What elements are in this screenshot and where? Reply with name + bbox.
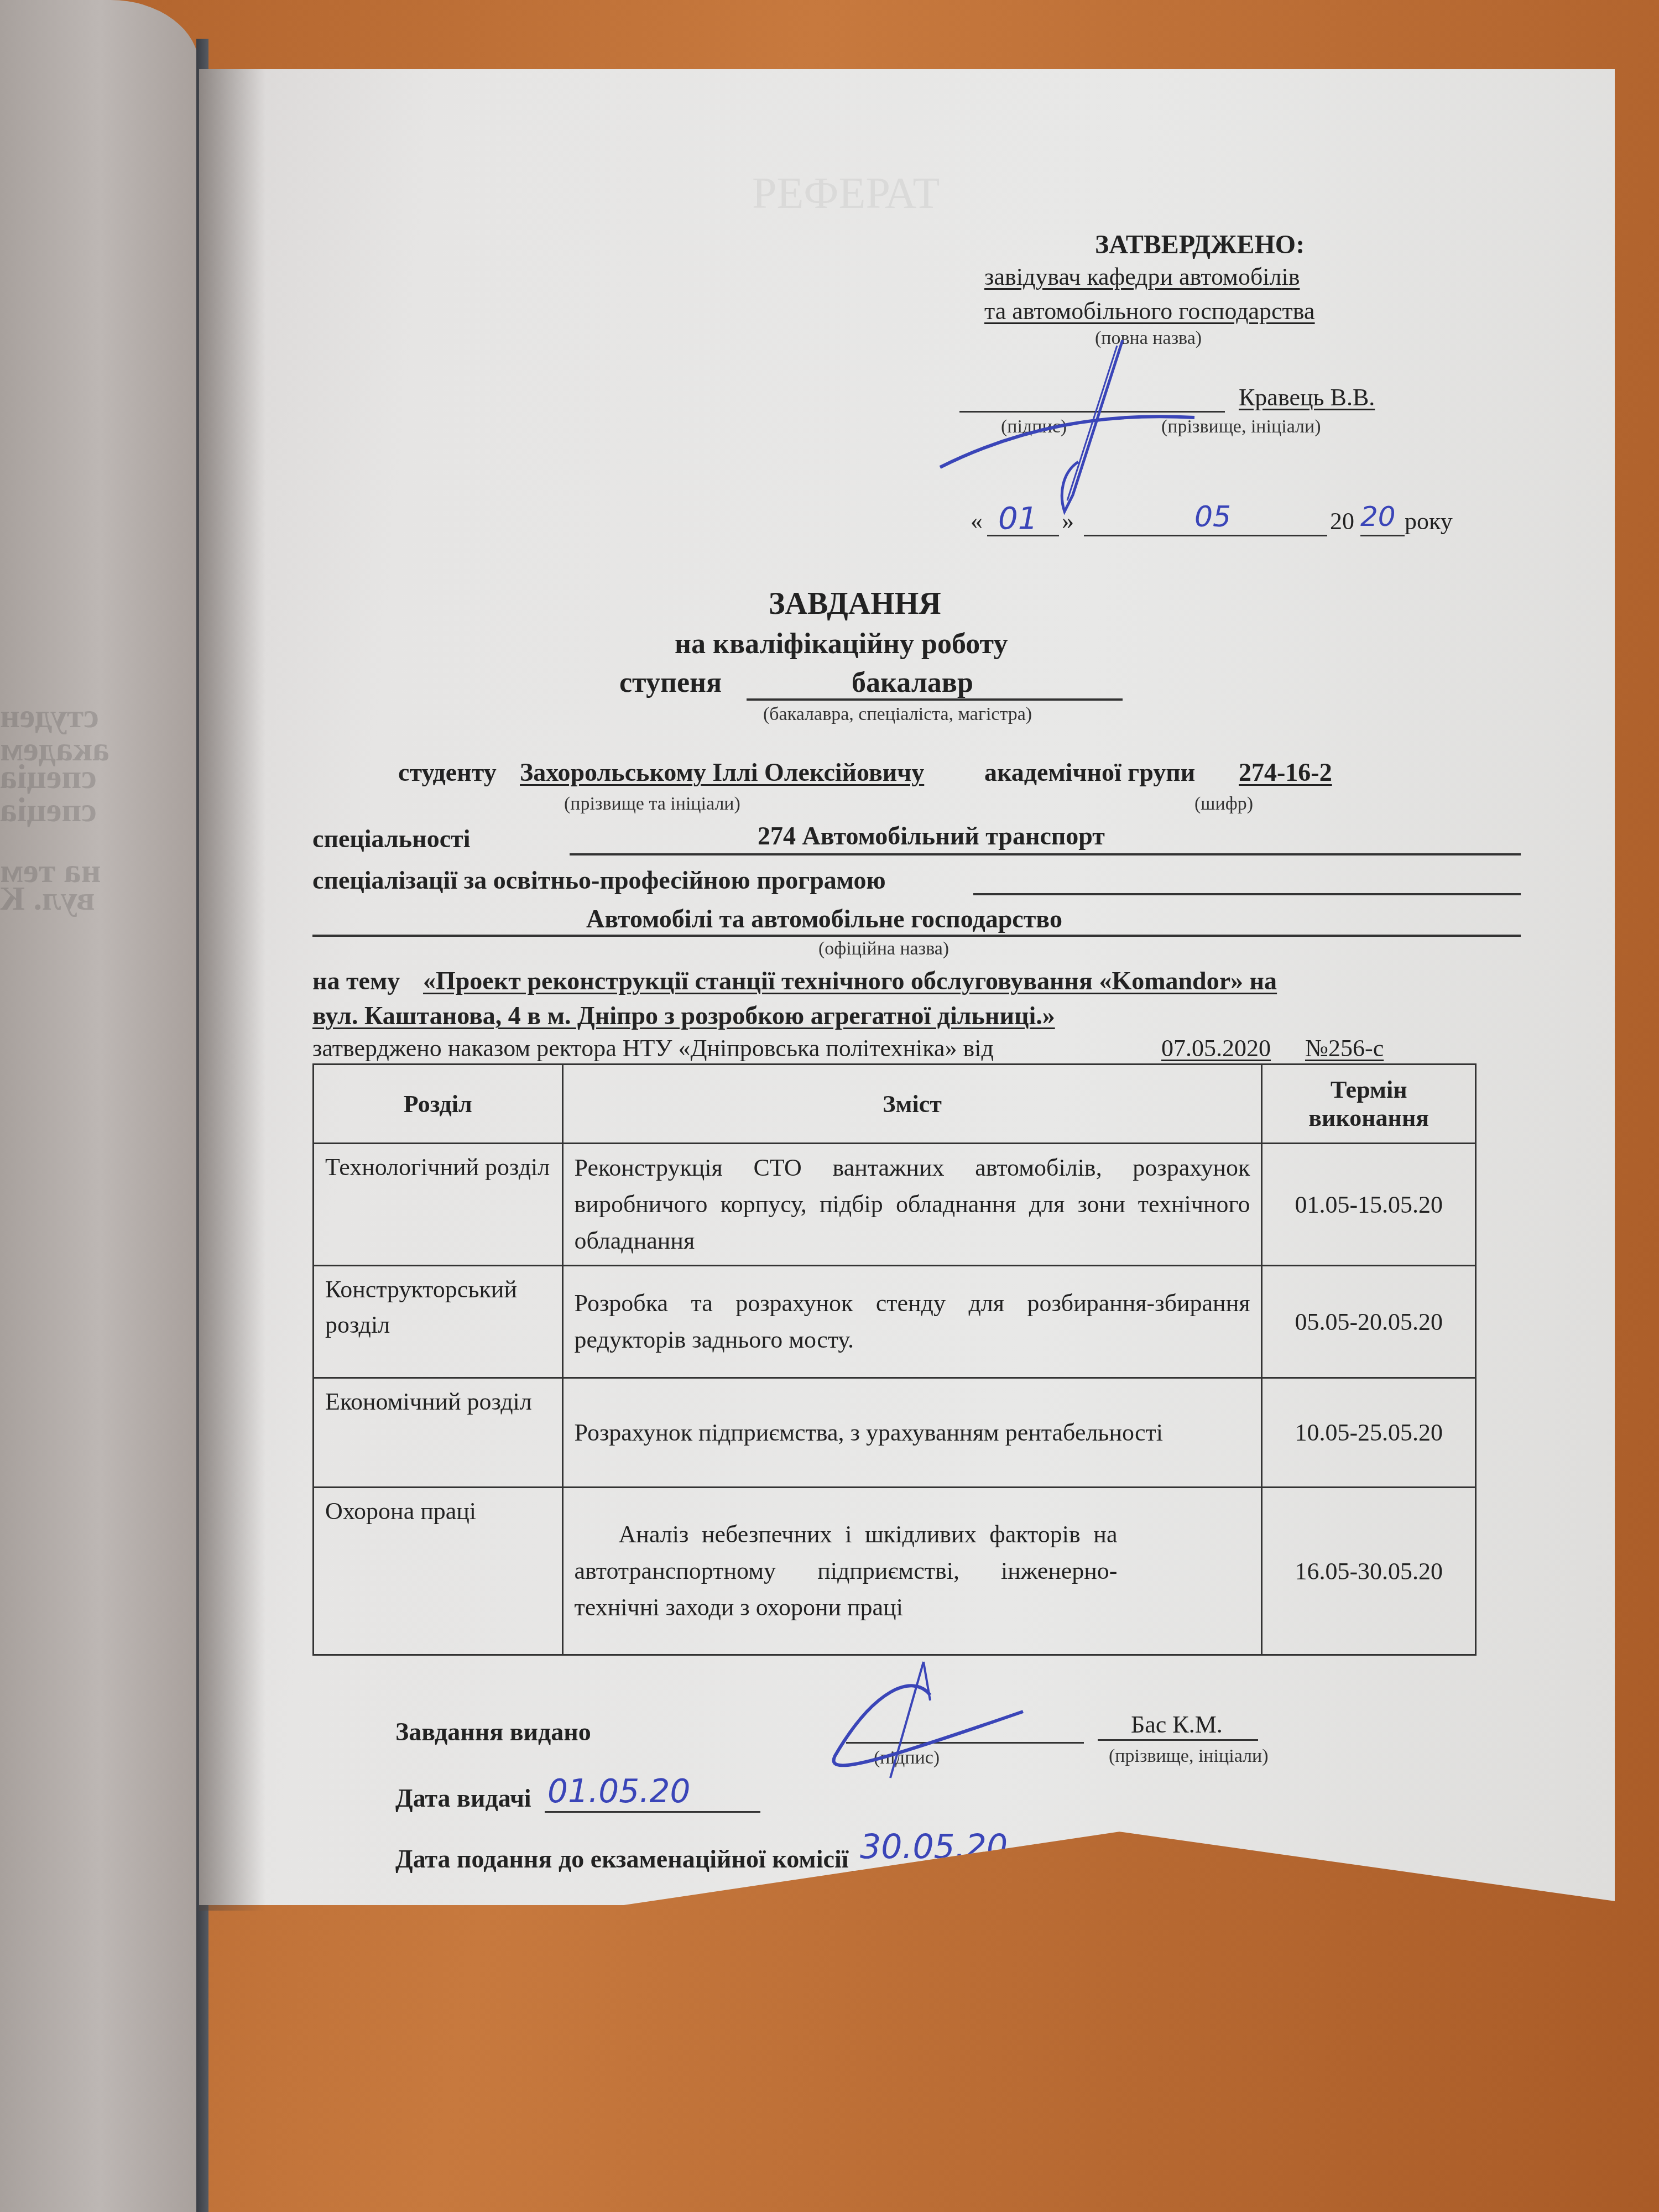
row-content: Аналіз небезпечних і шкідливих факторів … [562,1488,1262,1655]
issuer-name-caption: (прізвище, ініціали) [1109,1746,1269,1767]
approval-date-close-quote: » [1062,507,1074,535]
table-row: Охорона праці Аналіз небезпечних і шкідл… [314,1488,1476,1655]
program-value: Автомобілі та автомобільне господарство [586,904,1062,933]
approval-year-line [1360,535,1405,536]
row-content: Розробка та розрахунок стенду для розбир… [562,1266,1262,1378]
approval-signature [935,329,1244,528]
issuer-name: Бас К.М. [1131,1710,1223,1739]
row-term: 10.05-25.05.20 [1262,1378,1476,1488]
degree-caption: (бакалавра, спеціаліста, магістра) [763,704,1032,725]
student-name-caption: (прізвище та ініціали) [564,794,740,815]
accepted-label: Прийнято до виконання [395,1916,676,1945]
submission-date-line [852,1871,1067,1872]
row-content: Розрахунок підприємства, з урахуванням р… [562,1378,1262,1488]
specialization-line [973,893,1521,895]
issued-label: Завдання видано [395,1717,591,1746]
row-section: Технологічний розділ [314,1144,563,1266]
topic-line2: вул. Каштанова, 4 в м. Дніпро з розробко… [312,1001,1055,1030]
approval-month-line [1084,535,1327,536]
row-section: Охорона праці [314,1488,563,1655]
student-label: студенту [398,758,497,787]
approval-year-suffix: 20 [1360,500,1396,533]
program-line [312,935,1521,937]
specialty-value: 274 Автомобільний транспорт [758,821,1105,851]
document-title: ЗАВДАННЯ [769,586,941,622]
row-section: Економічний розділ [314,1378,563,1488]
specialization-label: спеціалізації за освітньо-професійною пр… [312,865,886,895]
degree-value: бакалавр [852,666,973,699]
topic-line1: «Проект реконструкції станції технічного… [423,966,1277,995]
student-signature-caption: (підпис студента) [752,1952,892,1973]
issuer-name-line [1098,1739,1258,1741]
page-gutter-shadow [199,69,265,1911]
bleed-through-text: вул. К [0,879,95,919]
document-subtitle: на кваліфікаційну роботу [675,628,1008,660]
submission-label: Дата подання до екзаменаційної комісії [395,1844,848,1874]
issue-date-value: 01.05.20 [547,1772,690,1810]
student-name: Захорольському Іллі Олексійовичу [520,758,924,787]
document-page: РЕФЕРАТ ЗАТВЕРДЖЕНО: завідувач кафедри а… [199,69,1615,1905]
student-signature-line [744,1947,904,1948]
approval-position-line1: завідувач кафедри автомобілів [984,263,1300,291]
degree-label: ступеня [619,666,722,699]
bleed-through-text: РЕФЕРАТ [752,169,940,219]
approval-date-open-quote: « [971,507,983,535]
topic-label: на тему [312,966,400,995]
approval-heading: ЗАТВЕРДЖЕНО: [1095,229,1305,260]
approval-date-day: 01 [998,500,1037,536]
header-content: Зміст [562,1065,1262,1144]
header-section: Розділ [314,1065,563,1144]
approval-position-line2: та автомобільного господарства [984,297,1315,325]
approval-year-prefix: 20 [1330,507,1354,535]
student-name-caption: (прізвище, ініціали) [1117,1949,1277,1970]
student-name-short: Захорольський І.О. [1120,1902,1317,1931]
issue-date-label: Дата видачі [395,1783,531,1813]
group-caption: (шифр) [1194,794,1253,815]
row-section: Конструкторський розділ [314,1266,563,1378]
program-caption: (офіційна назва) [818,938,949,959]
header-term: Термін виконання [1262,1065,1476,1144]
approval-name: Кравець В.В. [1239,383,1375,411]
approval-year-word: року [1405,507,1453,535]
submission-date-value: 30.05.20 [860,1828,1008,1866]
bleed-through-text: спеціа [0,791,97,830]
group-label: академічної групи [984,758,1195,787]
tasks-table: Розділ Зміст Термін виконання Технологіч… [312,1063,1477,1656]
table-header-row: Розділ Зміст Термін виконання [314,1065,1476,1144]
approval-date-month: 05 [1194,500,1231,534]
group-code: 274-16-2 [1239,758,1332,787]
issuer-signature [802,1651,1067,1783]
student-signature [758,1877,868,1971]
issue-date-line [545,1811,760,1813]
table-row: Економічний розділ Розрахунок підприємст… [314,1378,1476,1488]
row-content: Реконструкція СТО вантажних автомобілів,… [562,1144,1262,1266]
previous-page: студен академ спеціа спеціа на тем вул. … [0,0,199,2212]
row-term: 05.05-20.05.20 [1262,1266,1476,1378]
order-number: №256-с [1305,1034,1384,1062]
specialty-label: спеціальності [312,824,470,853]
table-row: Технологічний розділ Реконструкція СТО в… [314,1144,1476,1266]
order-text: затверджено наказом ректора НТУ «Дніпров… [312,1034,994,1062]
table-row: Конструкторський розділ Розробка та розр… [314,1266,1476,1378]
specialty-line [570,853,1521,855]
row-term: 01.05-15.05.20 [1262,1144,1476,1266]
order-date: 07.05.2020 [1161,1034,1271,1062]
row-term: 16.05-30.05.20 [1262,1488,1476,1655]
